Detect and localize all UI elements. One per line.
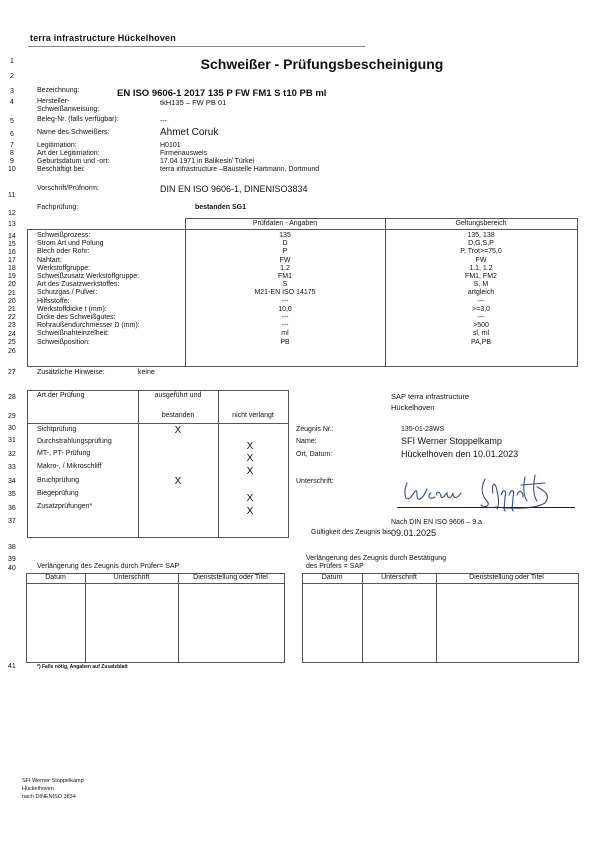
param-pruefdaten: D [185,240,385,247]
renewal-right-header-dienststellung: Dienststellung oder Titel [436,574,577,581]
param-pruefdaten: 1.2 [185,265,385,272]
line-number: 30 [8,425,22,432]
param-pruefdaten: --- [185,298,385,305]
zeugnis-value: 135-01-23WS [401,426,444,433]
test-not-required-mark: X [240,466,260,477]
line-number: 3 [10,88,24,95]
line-number: 37 [8,518,22,525]
param-label: Hilfsstoffe: [37,298,70,305]
line-number: 35 [8,491,22,498]
param-pruefdaten: ml [185,330,385,337]
line-number: 10 [8,166,22,173]
renewal-left-title: Verlängerung des Zeugnis durch Prüfer= S… [37,563,179,570]
gueltig-value: 09.01.2025 [391,528,436,538]
line-number: 20 [8,298,22,305]
param-geltungsbereich: --- [385,314,577,321]
line-number: 28 [8,394,22,401]
footnote: *) Falls nötig, Angaben auf Zusatzblatt [37,664,128,670]
ort-label: Ort, Datum: [296,451,332,458]
param-geltungsbereich: artgleich [385,289,577,296]
test-label: Biegeprüfung [37,490,79,497]
renewal-right-title-1: Verlängerung des Zeugnis durch Bestätigu… [306,555,446,562]
header-divider [28,46,365,47]
footer-line2: Hückelhoven [22,786,54,792]
beschaeftigt-label: Beschäftigt bei: [37,166,85,173]
line-number: 38 [8,544,22,551]
param-pruefdaten: PB [185,339,385,346]
line-number: 7 [10,142,24,149]
hersteller-value: tkH135 – FW PB 01 [160,98,226,107]
test-done-mark: X [168,425,188,436]
line-number: 25 [8,339,22,346]
renewal-left-header-datum: Datum [26,574,85,581]
param-label: Rohraußendurchmesser D (mm): [37,322,140,329]
line-number: 34 [8,478,22,485]
line-number: 11 [8,192,22,199]
legitimation-value: H0101 [160,142,181,149]
param-pruefdaten: FW [185,257,385,264]
line-number: 2 [10,73,24,80]
line-number: 18 [8,265,22,272]
line-number: 13 [8,221,22,228]
test-not-required-mark: X [240,453,260,464]
line-number: 22 [8,314,22,321]
test-not-required-mark: X [240,493,260,504]
param-pruefdaten: 10,0 [185,306,385,313]
hersteller-label: Hersteller- [37,98,69,105]
param-label: Schweißprozess: [37,232,90,239]
line-number: 12 [8,210,22,217]
line-number: 6 [10,131,24,138]
param-label: Schweißposition: [37,339,90,346]
vorschrift-label: Vorschrift/Prüfnorm: [37,185,99,192]
beleg-label: Beleg-Nr. (falls verfügbar): [37,116,119,123]
header-nicht-verlangt: nicht verlangt [218,412,288,419]
ort-value: Hückelhoven den 10.01.2023 [401,449,518,459]
param-label: Blech oder Rohr: [37,248,90,255]
beschaeftigt-value: terra infrastructure –Baustelle Hartmann… [160,166,319,173]
line-number: 16 [8,249,22,256]
header-art-der-pruefung: Art der Prüfung [37,392,84,399]
header-geltungsbereich: Geltungsbereich [385,220,577,227]
param-geltungsbereich: FW [385,257,577,264]
param-geltungsbereich: P, Trot>=75,0 [385,248,577,255]
param-geltungsbereich: PA,PB [385,339,577,346]
test-not-required-mark: X [240,506,260,517]
renewal-right-header-unterschrift: Unterschrift [362,574,436,581]
renewal-left-header-dienststellung: Dienststellung oder Titel [178,574,283,581]
fachpruefung-label: Fachprüfung: [37,204,78,211]
header-ausgefuehrt: ausgeführt und [138,392,218,399]
line-number: 33 [8,464,22,471]
param-geltungsbereich: 135, 138 [385,232,577,239]
param-pruefdaten: --- [185,314,385,321]
document-title: Schweißer - Prüfungsbescheinigung [0,56,594,72]
param-pruefdaten: P [185,248,385,255]
param-label: Werkstoffgruppe: [37,265,90,272]
param-label: Schweißzusatz Werkstoffgruppe: [37,273,139,280]
param-pruefdaten: S [185,281,385,288]
param-pruefdaten: M21-EN ISO 14175 [185,289,385,296]
test-label: Durchstrahlungsprüfung [37,438,112,445]
name-label: Name des Schweißers: [37,129,109,136]
geburt-label: Geburtsdatum und -ort: [37,158,109,165]
footer-line1: SFI Werner Stoppelkamp [22,778,84,784]
line-number: 23 [8,322,22,329]
art-legitimation-value: Firmenausweis [160,150,207,157]
test-label: Makro-, / Mikroschliff [37,463,101,470]
issuer-name-label: Name: [296,438,317,445]
line-number: 29 [8,413,22,420]
line-number: 20 [8,281,22,288]
beleg-value: --- [160,118,167,125]
header-pruefdaten: Prüfdaten - Angaben [185,220,385,227]
footer-line3: nach DINENISO 3834 [22,794,76,800]
param-geltungsbereich: S, M [385,281,577,288]
param-geltungsbereich: FM1, FM2 [385,273,577,280]
param-label: Strom Art und Polung [37,240,104,247]
vorschrift-value: DIN EN ISO 9606-1, DINENISO3834 [160,184,308,194]
line-number: 14 [8,233,22,240]
nach-norm: Nach DIN EN ISO 9606 – 9.a [391,519,482,526]
unterschrift-label: Unterschrift: [296,478,334,485]
line-number: 5 [10,118,24,125]
line-number: 21 [8,290,22,297]
line-number: 19 [8,273,22,280]
param-geltungsbereich: D,G,S,P [385,240,577,247]
test-label: Bruchprüfung [37,477,79,484]
param-geltungsbereich: 1.1, 1.2 [385,265,577,272]
hinweise-value: keine [138,369,155,376]
line-number: 17 [8,257,22,264]
line-number: 15 [8,241,22,248]
line-number: 36 [8,505,22,512]
issuer-org-line2: Hückelhoven [391,403,434,412]
hinweise-label: Zusätzliche Hinweise: [37,369,105,376]
line-number: 40 [8,565,22,572]
param-pruefdaten: 135 [185,232,385,239]
geburt-value: 17.04.1971 in Balikesir/ Türkei [160,158,254,165]
param-label: Schweißnahteinzelheit: [37,330,109,337]
line-number: 26 [8,348,22,355]
line-number: 31 [8,437,22,444]
issuer-name-value: SFI Werner Stoppelkamp [401,436,502,446]
param-geltungsbereich: sl, ml [385,330,577,337]
line-number: 4 [10,99,24,106]
bezeichnung-label: Bezeichnung: [37,87,79,94]
test-done-mark: X [168,476,188,487]
zeugnis-label: Zeugnis Nr.: [296,426,334,433]
param-geltungsbereich: >500 [385,322,577,329]
param-geltungsbereich: >=3,0 [385,306,577,313]
param-geltungsbereich: --- [385,298,577,305]
param-label: Dicke des Schweißgutes: [37,314,116,321]
param-label: Werkstoffdicke t (mm): [37,306,107,313]
line-number: 21 [8,306,22,313]
header-bestanden: bestanden [138,412,218,419]
line-number: 24 [8,331,22,338]
line-number: 9 [10,158,24,165]
renewal-right-title-2: des Prüfers = SAP [306,563,364,570]
test-not-required-mark: X [240,441,260,452]
signature-line [397,507,575,508]
renewal-left-header-unterschrift: Unterschrift [85,574,178,581]
hersteller-label-2: Schweißanweisung: [37,106,99,113]
param-pruefdaten: FM1 [185,273,385,280]
param-label: Schutzgas / Pulver: [37,289,97,296]
legitimation-label: Legitimation: [37,142,77,149]
welder-name: Ahmet Coruk [160,127,218,138]
test-label: Zusatzprüfungen* [37,503,92,510]
param-pruefdaten: --- [185,322,385,329]
line-number: 39 [8,556,22,563]
art-legitimation-label: Art der Legitimation: [37,150,100,157]
param-label: Nahtart: [37,257,62,264]
renewal-right-header-datum: Datum [302,574,362,581]
line-number: 27 [8,369,22,376]
line-number: 41 [8,663,22,670]
test-label: MT-, PT- Prüfung [37,450,90,457]
company-name: terra infrastructure Hückelhoven [30,33,176,43]
param-label: Art des Zusatzwerkstoffes: [37,281,119,288]
line-number: 32 [8,451,22,458]
line-number: 1 [10,58,24,65]
gueltig-label: Gültigkeit des Zeugnis bis: [311,529,393,536]
test-label: Sichtprüfung [37,426,76,433]
issuer-org-line1: SAP terra infrastructure [391,392,469,401]
line-number: 8 [10,150,24,157]
fachpruefung-value: bestanden SG1 [195,204,246,211]
